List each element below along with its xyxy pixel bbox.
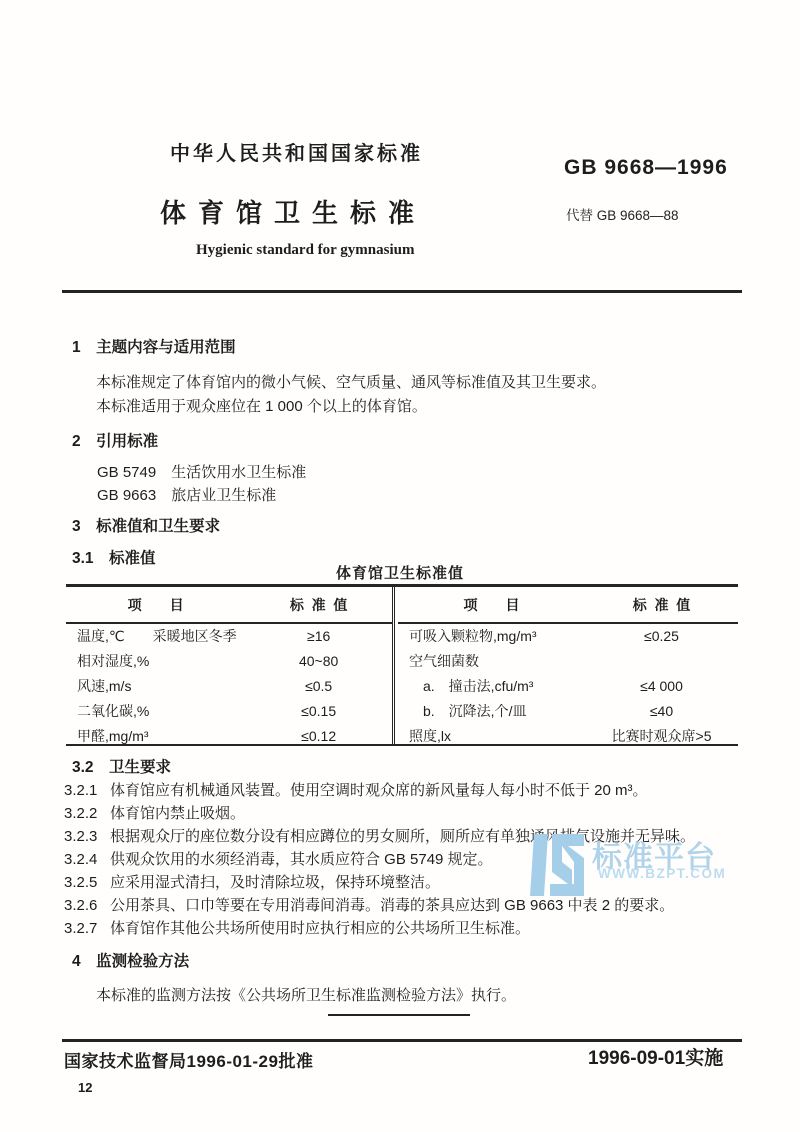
separator-line-short — [328, 1014, 470, 1016]
hygiene-item: 3.2.5应采用湿式清扫，及时清除垃圾，保持环境整洁。 — [64, 871, 440, 892]
section-3-2-heading: 3.2 卫生要求 — [72, 755, 171, 777]
table-cell-item: 甲醛,mg/m³ — [66, 726, 245, 746]
hygiene-item-number: 3.2.2 — [64, 805, 110, 822]
table-cell-value: ≤0.15 — [245, 703, 392, 719]
table-cell-value: ≤40 — [585, 703, 738, 719]
section-1-heading: 1 主题内容与适用范围 — [72, 335, 236, 357]
table-cell-item: 风速,m/s — [66, 676, 245, 696]
table-cell-value: ≤0.5 — [245, 678, 392, 694]
table-right-half: 项 目 标 准 值 可吸入颗粒物,mg/m³ ≤0.25 空气细菌数 a. 撞击… — [398, 587, 738, 744]
table-row: 二氧化碳,% ≤0.15 — [66, 698, 392, 723]
table-header-row: 项 目 标 准 值 — [398, 587, 738, 624]
replaces-note: 代替 GB 9668—88 — [566, 204, 679, 224]
section-2-heading: 2 引用标准 — [72, 429, 158, 451]
hygiene-item: 3.2.4供观众饮用的水须经消毒，其水质应符合 GB 5749 规定。 — [64, 848, 493, 869]
approval-note: 国家技术监督局1996-01-29批准 — [64, 1047, 313, 1072]
table-left-half: 项 目 标 准 值 温度,℃ 采暖地区冬季 ≥16 相对湿度,% 40~80 风… — [66, 587, 392, 744]
column-header-item: 项 目 — [66, 595, 245, 615]
hygiene-item-number: 3.2.3 — [64, 828, 110, 845]
table-divider — [392, 587, 395, 744]
bzpt-logo-icon — [528, 832, 586, 898]
table-row: 照度,lx 比赛时观众席>5 — [398, 723, 738, 748]
table-cell-value: 40~80 — [245, 653, 392, 669]
hygiene-item-text: 应采用湿式清扫，及时清除垃圾，保持环境整洁。 — [110, 874, 440, 891]
column-header-value: 标 准 值 — [585, 595, 738, 615]
watermark-url: WWW.BZPT.COM — [598, 866, 726, 881]
table-cell-value: ≤4 000 — [585, 678, 738, 694]
table-cell-item: 二氧化碳,% — [66, 701, 245, 721]
hygiene-item: 3.2.7体育馆作其他公共场所使用时应执行相应的公共场所卫生标准。 — [64, 917, 530, 938]
standards-table: 项 目 标 准 值 温度,℃ 采暖地区冬季 ≥16 相对湿度,% 40~80 风… — [66, 584, 738, 746]
hygiene-item-number: 3.2.6 — [64, 897, 110, 914]
standard-org-title: 中华人民共和国国家标准 — [170, 137, 423, 166]
section-3-1-heading: 3.1 标准值 — [72, 546, 156, 568]
table-row: 甲醛,mg/m³ ≤0.12 — [66, 723, 392, 748]
hygiene-item: 3.2.2体育馆内禁止吸烟。 — [64, 802, 245, 823]
table-cell-value: ≤0.25 — [585, 628, 738, 644]
document-page: 中华人民共和国国家标准 GB 9668—1996 体育馆卫生标准 代替 GB 9… — [0, 0, 800, 1132]
table-row: 可吸入颗粒物,mg/m³ ≤0.25 — [398, 624, 738, 649]
hygiene-item-number: 3.2.4 — [64, 851, 110, 868]
table-cell-item: a. 撞击法,cfu/m³ — [398, 676, 585, 696]
table-cell-item: 照度,lx — [398, 726, 585, 746]
table-cell-item: 空气细菌数 — [398, 651, 585, 671]
reference-item: GB 9663 旅店业卫生标准 — [97, 484, 276, 505]
column-header-value: 标 准 值 — [245, 595, 392, 615]
implementation-note: 1996-09-01实施 — [588, 1043, 723, 1070]
column-header-item: 项 目 — [398, 595, 585, 615]
table-cell-item: 温度,℃ 采暖地区冬季 — [66, 626, 245, 646]
table-header-row: 项 目 标 准 值 — [66, 587, 392, 624]
table-cell-value: ≥16 — [245, 628, 392, 644]
table-row: 相对湿度,% 40~80 — [66, 649, 392, 674]
hygiene-item-number: 3.2.7 — [64, 920, 110, 937]
hygiene-item-text: 供观众饮用的水须经消毒，其水质应符合 GB 5749 规定。 — [110, 851, 493, 868]
standard-number: GB 9668—1996 — [564, 156, 728, 180]
hygiene-item-number: 3.2.1 — [64, 782, 110, 799]
reference-item: GB 5749 生活饮用水卫生标准 — [97, 461, 306, 482]
section-4-heading: 4 监测检验方法 — [72, 949, 189, 971]
table-row: b. 沉降法,个/皿 ≤40 — [398, 698, 738, 723]
table-row: 风速,m/s ≤0.5 — [66, 674, 392, 699]
hygiene-item-text: 体育馆内禁止吸烟。 — [110, 805, 245, 822]
scope-paragraph-1: 本标准规定了体育馆内的微小气候、空气质量、通风等标准值及其卫生要求。 — [96, 371, 606, 392]
table-cell-item: 相对湿度,% — [66, 651, 245, 671]
table-cell-value: ≤0.12 — [245, 728, 392, 744]
document-title-en: Hygienic standard for gymnasium — [196, 242, 415, 259]
hygiene-item: 3.2.1体育馆应有机械通风装置。使用空调时观众席的新风量每人每小时不低于 20… — [64, 779, 648, 800]
hygiene-item-text: 体育馆作其他公共场所使用时应执行相应的公共场所卫生标准。 — [110, 920, 530, 937]
section-3-heading: 3 标准值和卫生要求 — [72, 514, 220, 536]
table-row: a. 撞击法,cfu/m³ ≤4 000 — [398, 674, 738, 699]
page-number: 12 — [78, 1080, 92, 1095]
table-title: 体育馆卫生标准值 — [300, 562, 500, 583]
header-rule — [62, 290, 742, 293]
table-row: 温度,℃ 采暖地区冬季 ≥16 — [66, 624, 392, 649]
document-title-cn: 体育馆卫生标准 — [160, 193, 426, 230]
hygiene-item-text: 公用茶具、口巾等要在专用消毒间消毒。消毒的茶具应达到 GB 9663 中表 2 … — [110, 897, 674, 914]
hygiene-item-number: 3.2.5 — [64, 874, 110, 891]
hygiene-item-text: 体育馆应有机械通风装置。使用空调时观众席的新风量每人每小时不低于 20 m³。 — [110, 782, 648, 799]
table-cell-item: b. 沉降法,个/皿 — [398, 701, 585, 721]
table-cell-value: 比赛时观众席>5 — [585, 726, 738, 746]
scope-paragraph-2: 本标准适用于观众座位在 1 000 个以上的体育馆。 — [96, 395, 427, 416]
monitoring-paragraph: 本标准的监测方法按《公共场所卫生标准监测检验方法》执行。 — [96, 984, 516, 1005]
table-row: 空气细菌数 — [398, 649, 738, 674]
table-cell-item: 可吸入颗粒物,mg/m³ — [398, 626, 585, 646]
footer-rule — [62, 1039, 742, 1042]
